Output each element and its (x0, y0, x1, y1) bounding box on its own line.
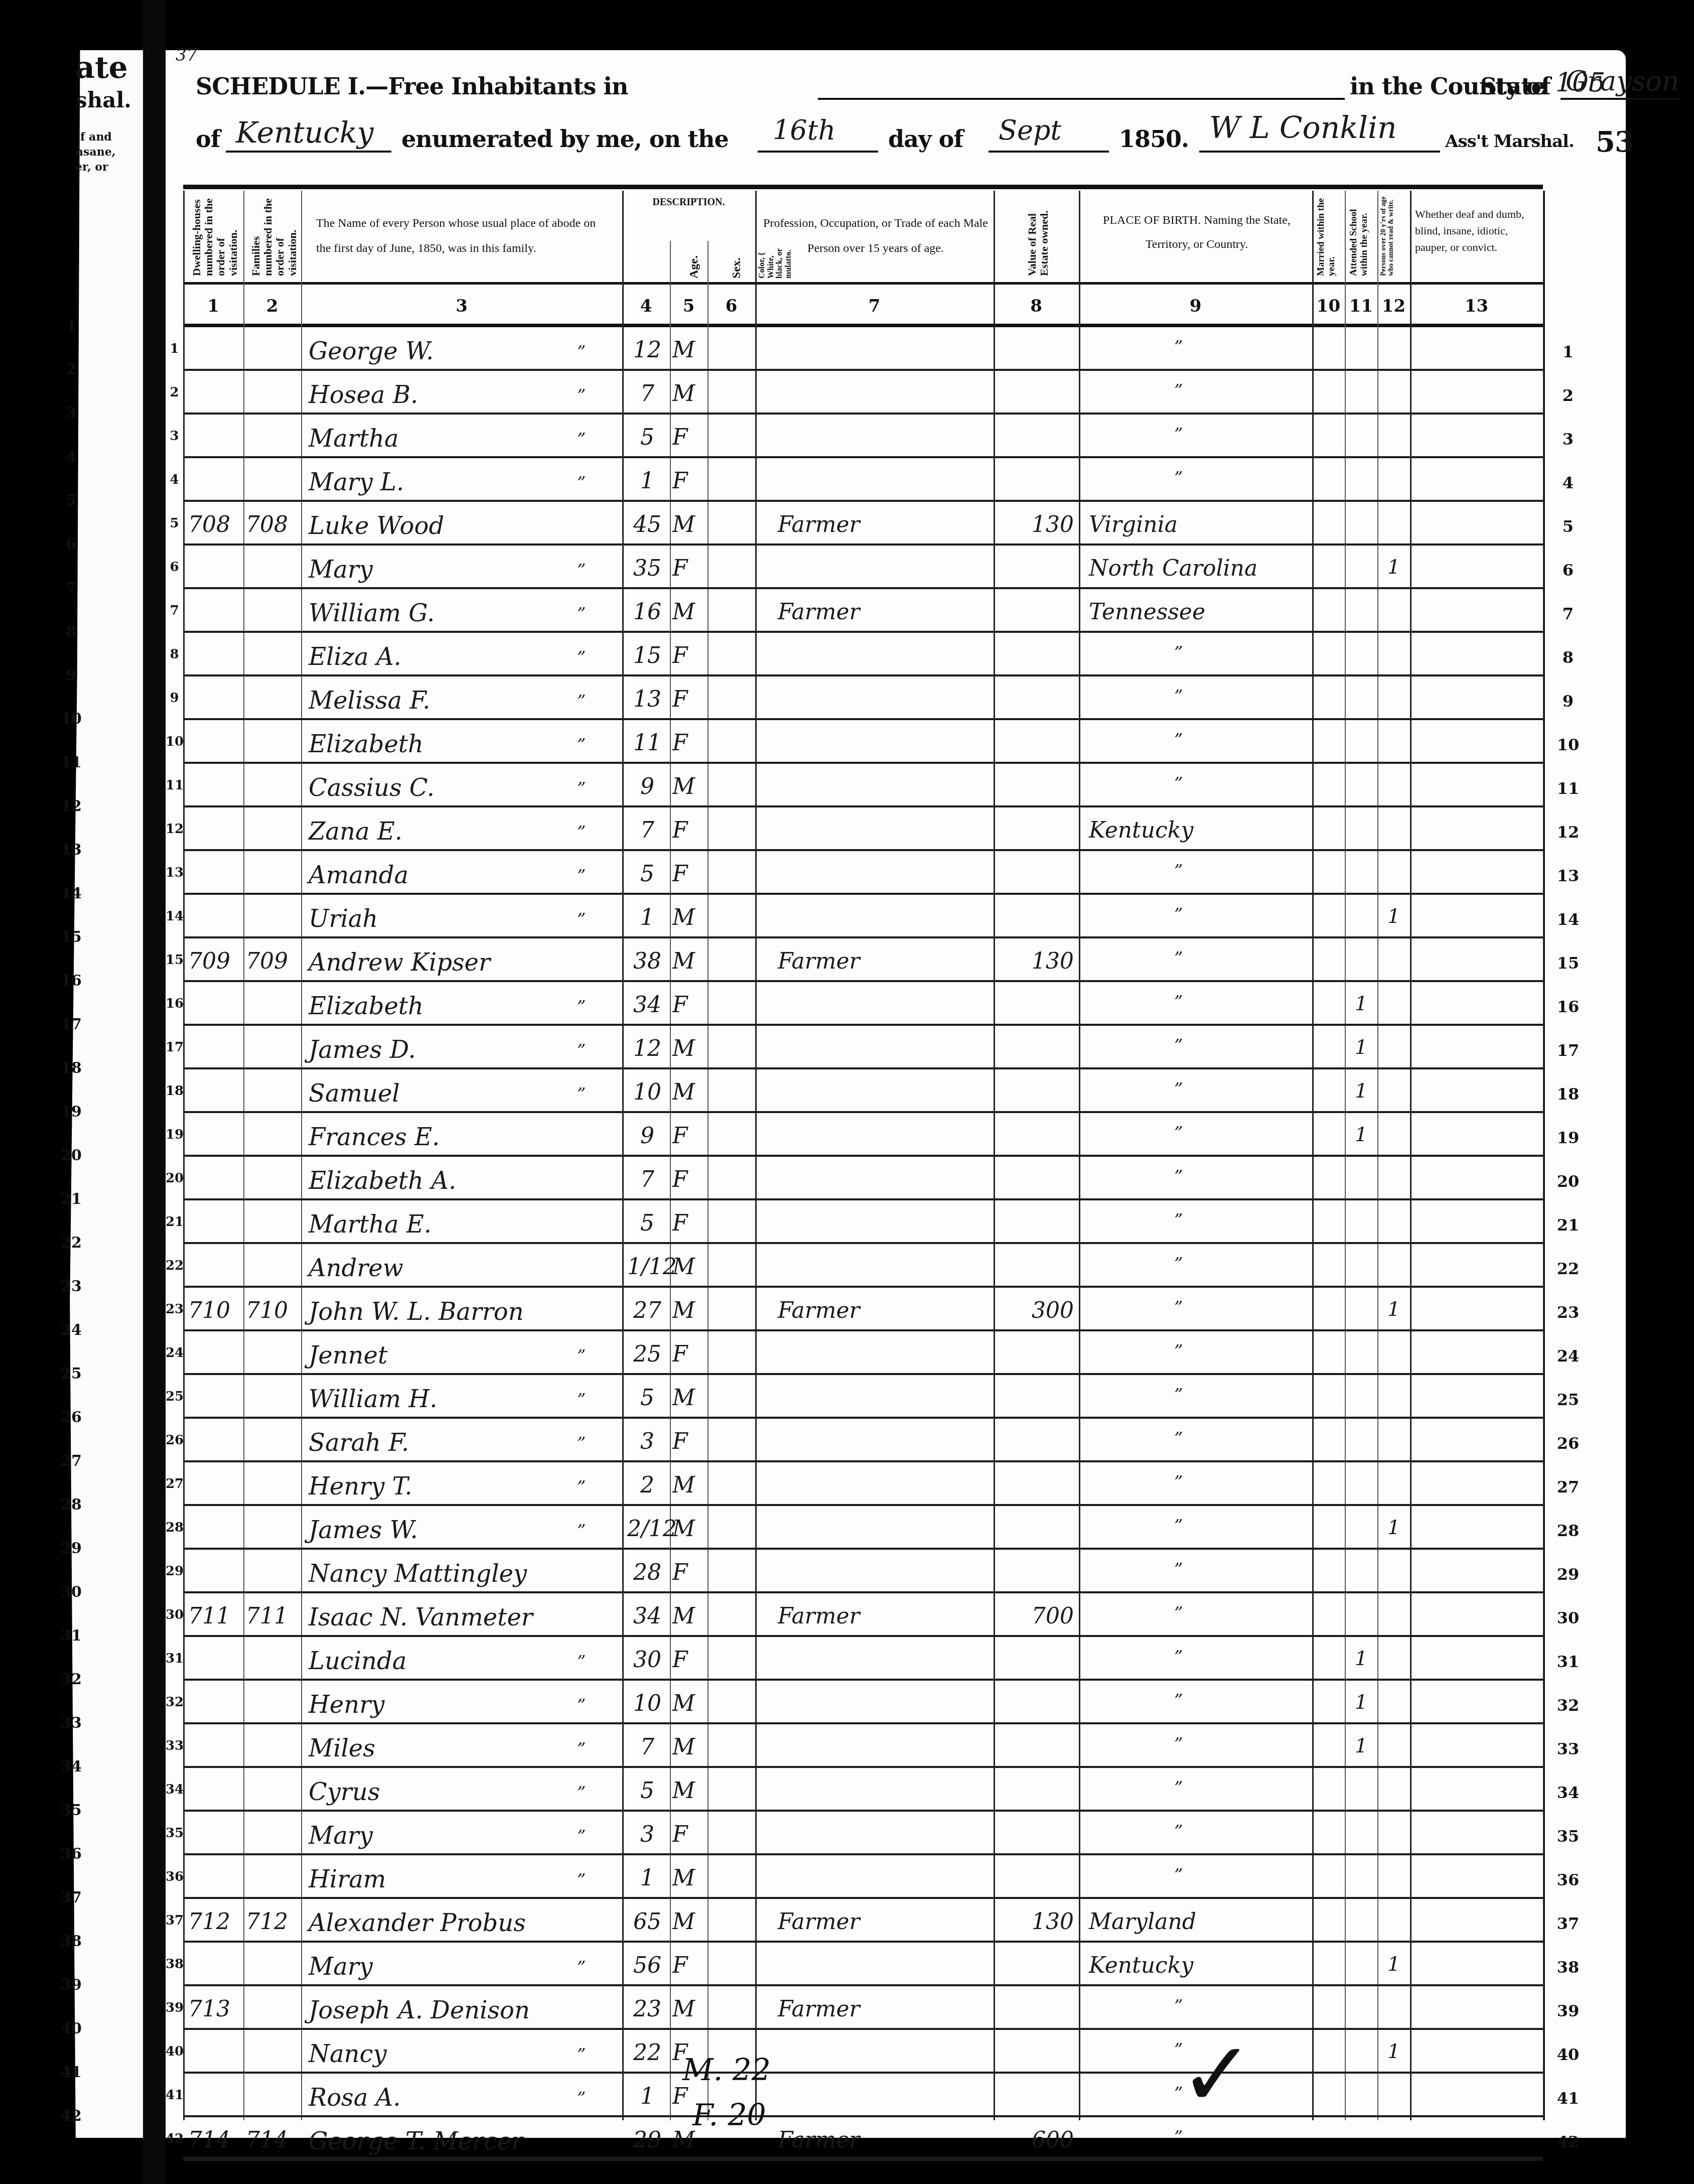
folio-mark: 37 (176, 45, 197, 65)
col-number: 7 (755, 296, 994, 316)
table-row: 13 13 Amanda ” 5 F ” 13 (166, 851, 1626, 895)
real-estate-value: 700 (1014, 1603, 1074, 1629)
surname-ditto: ” (577, 997, 586, 1017)
marshal-line (1199, 151, 1440, 153)
col-header-remarks: Whether deaf and dumb, blind, insane, id… (1415, 206, 1540, 255)
person-name: Nancy Mattingley (309, 1560, 527, 1588)
age: 22 (627, 2040, 667, 2066)
left-line-number: 30 (56, 1583, 86, 1601)
age: 1/12 (627, 1254, 667, 1280)
surname-ditto: ” (577, 1958, 586, 1978)
left-line-number: 36 (56, 1845, 86, 1863)
col-header-age: Age. (687, 248, 700, 279)
family-number: 711 (246, 1603, 288, 1629)
birthplace: ” (1174, 948, 1183, 969)
table-row: 24 24 Jennet ” 25 F ” 24 (166, 1331, 1626, 1375)
birthplace: ” (1174, 1254, 1183, 1274)
left-line-number: 33 (56, 1714, 86, 1732)
day-line (758, 151, 878, 153)
table-row: 19 19 Frances E. 9 F ” 1 19 (166, 1113, 1626, 1157)
left-line-number: 6 (56, 535, 86, 553)
surname-ditto: ” (577, 473, 586, 493)
right-line-number: 13 (1545, 866, 1591, 885)
person-name: Elizabeth (309, 730, 423, 758)
table-row: 6 6 Mary ” 35 F North Carolina 1 6 (166, 545, 1626, 589)
birthplace: ” (1174, 1603, 1183, 1623)
month-line (989, 151, 1109, 153)
table-row: 3 3 Martha ” 5 F ” 3 (166, 415, 1626, 458)
right-line-number: 38 (1545, 1958, 1591, 1977)
person-name: Frances E. (309, 1123, 440, 1151)
right-line-number: 23 (1545, 1303, 1591, 1322)
person-name: Elizabeth A. (309, 1167, 456, 1195)
inner-line-number: 34 (166, 1782, 183, 1797)
left-line-number: 9 (56, 666, 86, 684)
age: 45 (627, 512, 667, 537)
surname-ditto: ” (577, 342, 586, 362)
inner-line-number: 35 (166, 1826, 183, 1841)
col-header-sex: Sex. (730, 248, 743, 279)
page-number: 53 (1596, 125, 1634, 159)
age: 29 (627, 2127, 667, 2153)
inner-line-number: 13 (166, 865, 183, 880)
sex: M (672, 1996, 695, 2022)
birthplace: ” (1174, 1298, 1183, 1318)
stub-column-fragment: er, or (75, 161, 108, 174)
left-line-number: 37 (56, 1889, 86, 1906)
inner-line-number: 10 (166, 734, 183, 749)
birthplace: ” (1174, 425, 1183, 445)
age: 34 (627, 992, 667, 1018)
left-line-number: 27 (56, 1452, 86, 1470)
illiterate-mark: 1 (1387, 556, 1400, 579)
place-blank-line (818, 98, 1345, 100)
right-line-number: 27 (1545, 1477, 1591, 1496)
occupation: Farmer (778, 512, 860, 537)
person-name: Andrew Kipser (309, 948, 490, 977)
right-line-number: 28 (1545, 1521, 1591, 1540)
surname-ditto: ” (577, 561, 586, 581)
right-line-number: 41 (1545, 2089, 1591, 2108)
inner-line-number: 21 (166, 1214, 183, 1230)
surname-ditto: ” (577, 1041, 586, 1061)
birthplace: ” (1174, 1167, 1183, 1187)
left-line-number: 12 (56, 797, 86, 815)
sex: F (672, 861, 688, 887)
surname-ditto: ” (577, 910, 586, 930)
inner-line-number: 18 (166, 1083, 183, 1099)
sex: M (672, 1036, 695, 1061)
table-row: 27 27 Henry T. ” 2 M ” 27 (166, 1462, 1626, 1506)
person-name: Luke Wood (309, 512, 444, 540)
birthplace: ” (1174, 1865, 1183, 1885)
review-checkmark: ✓ (1179, 2022, 1255, 2127)
col-header-name: The Name of every Person whose usual pla… (316, 211, 607, 261)
table-row: 36 36 Hiram ” 1 M ” 36 (166, 1855, 1626, 1899)
day-of-label: day of (888, 125, 963, 153)
person-name: John W. L. Barron (309, 1298, 524, 1326)
real-estate-value: 130 (1014, 948, 1074, 974)
left-line-number: 11 (56, 754, 86, 771)
col-header-family: Families numbered in the order of visita… (250, 196, 298, 276)
right-line-number: 36 (1545, 1870, 1591, 1889)
marshal-signature: W L Conklin (1209, 110, 1397, 146)
right-line-number: 11 (1545, 779, 1591, 798)
inner-line-number: 42 (166, 2131, 183, 2146)
table-row: 26 26 Sarah F. ” 3 F ” 26 (166, 1419, 1626, 1462)
sex: F (672, 687, 688, 712)
right-line-number: 8 (1545, 648, 1591, 667)
col-number: 10 (1312, 296, 1345, 316)
age: 1 (627, 2084, 667, 2109)
left-line-number: 3 (56, 404, 86, 422)
left-line-number: 14 (56, 885, 86, 902)
marshal-label: Ass't Marshal. (1445, 131, 1574, 152)
right-line-number: 16 (1545, 997, 1591, 1016)
year-value: 1850. (1119, 125, 1189, 153)
right-line-number: 42 (1545, 2132, 1591, 2151)
person-name: Uriah (309, 905, 378, 933)
age: 34 (627, 1603, 667, 1629)
family-number: 708 (246, 512, 288, 537)
person-name: Cyrus (309, 1778, 380, 1806)
left-line-number: 18 (56, 1059, 86, 1077)
school-mark: 1 (1355, 1647, 1367, 1670)
person-name: Samuel (309, 1079, 400, 1108)
left-line-number: 8 (56, 623, 86, 640)
person-name: Lucinda (309, 1647, 406, 1675)
sex: M (672, 774, 695, 799)
age: 15 (627, 643, 667, 668)
inner-line-number: 37 (166, 1913, 183, 1928)
age: 3 (627, 1822, 667, 1847)
sex: M (672, 512, 695, 537)
dwelling-number: 708 (188, 512, 230, 537)
inner-line-number: 30 (166, 1607, 183, 1622)
school-mark: 1 (1355, 992, 1367, 1015)
sex: F (672, 556, 688, 581)
inner-line-number: 22 (166, 1258, 183, 1273)
family-number: 709 (246, 948, 288, 974)
age: 5 (627, 1210, 667, 1236)
age: 1 (627, 905, 667, 930)
inner-line-number: 16 (166, 996, 183, 1011)
occupation: Farmer (778, 948, 860, 974)
table-row: 25 25 William H. ” 5 M ” 25 (166, 1375, 1626, 1419)
right-line-number: 33 (1545, 1739, 1591, 1758)
census-page: 37 SCHEDULE I.—Free Inhabitants in in th… (166, 50, 1626, 2138)
left-line-number: 31 (56, 1627, 86, 1645)
age: 5 (627, 425, 667, 450)
inner-line-number: 28 (166, 1520, 183, 1535)
table-row: 34 34 Cyrus ” 5 M ” 34 (166, 1768, 1626, 1812)
day-value: 16th (773, 114, 835, 146)
birthplace: ” (1174, 774, 1183, 794)
sex: F (672, 468, 688, 494)
right-line-number: 3 (1545, 430, 1591, 449)
person-name: Isaac N. Vanmeter (309, 1603, 533, 1631)
col-header-married: Married within the year. (1316, 196, 1344, 276)
left-line-number: 34 (56, 1758, 86, 1776)
right-line-number: 6 (1545, 561, 1591, 580)
person-name: Alexander Probus (309, 1909, 526, 1937)
inner-line-number: 32 (166, 1695, 183, 1710)
col-header-illiterate: Persons over 20 y'rs of age who cannot r… (1380, 196, 1409, 276)
table-row: 14 14 Uriah ” 1 M ” 1 14 (166, 895, 1626, 938)
right-line-number: 4 (1545, 473, 1591, 492)
birthplace: ” (1174, 1385, 1183, 1405)
birthplace: ” (1174, 1996, 1183, 2016)
occupation: Farmer (778, 1298, 860, 1323)
illiterate-mark: 1 (1387, 1298, 1400, 1321)
person-name: James W. (309, 1516, 418, 1544)
person-name: Eliza A. (309, 643, 401, 671)
state-value: Kentucky (236, 115, 374, 150)
sex: M (672, 1385, 695, 1411)
sex: F (672, 1953, 688, 1978)
person-name: Miles (309, 1734, 375, 1762)
age: 38 (627, 948, 667, 974)
schedule-title: SCHEDULE I.—Free Inhabitants in (196, 73, 628, 100)
left-line-number: 39 (56, 1976, 86, 1994)
illiterate-mark: 1 (1387, 1516, 1400, 1539)
family-number: 714 (246, 2127, 288, 2153)
age: 1 (627, 468, 667, 494)
birthplace: ” (1174, 1560, 1183, 1580)
table-row: 33 33 Miles ” 7 M ” 1 33 (166, 1724, 1626, 1768)
table-row: 11 11 Cassius C. ” 9 M ” 11 (166, 764, 1626, 807)
col-header-occupation: Profession, Occupation, or Trade of each… (760, 211, 991, 261)
right-line-number: 18 (1545, 1084, 1591, 1104)
table-row: 40 40 Nancy ” 22 F ” 1 40 (166, 2030, 1626, 2074)
birthplace: ” (1174, 861, 1183, 881)
person-name: Joseph A. Denison (309, 1996, 530, 2024)
table-row: 32 32 Henry ” 10 M ” 1 32 (166, 1681, 1626, 1724)
surname-ditto: ” (577, 604, 586, 624)
table-row: 30 30 711 711 Isaac N. Vanmeter 34 M Far… (166, 1593, 1626, 1637)
table-row: 28 28 James W. ” 2/12 M ” 1 28 (166, 1506, 1626, 1550)
left-line-number: 16 (56, 972, 86, 990)
table-row: 12 12 Zana E. ” 7 F Kentucky 12 (166, 807, 1626, 851)
right-line-number: 25 (1545, 1390, 1591, 1409)
inner-line-number: 5 (166, 516, 183, 531)
table-row: 23 23 710 710 John W. L. Barron 27 M Far… (166, 1288, 1626, 1331)
school-mark: 1 (1355, 1734, 1367, 1757)
person-name: Hiram (309, 1865, 386, 1893)
age: 30 (627, 1647, 667, 1673)
surname-ditto: ” (577, 1346, 586, 1367)
right-line-number: 5 (1545, 517, 1591, 536)
person-name: Henry T. (309, 1472, 412, 1500)
age: 7 (627, 1734, 667, 1760)
sex: F (672, 1210, 688, 1236)
birthplace: ” (1174, 381, 1183, 401)
dwelling-number: 709 (188, 948, 230, 974)
dwelling-number: 711 (188, 1603, 230, 1629)
birthplace: Kentucky (1089, 817, 1193, 843)
person-name: James D. (309, 1036, 416, 1064)
surname-ditto: ” (577, 1477, 586, 1497)
table-top-rule (183, 185, 1543, 189)
inner-line-number: 12 (166, 822, 183, 837)
surname-ditto: ” (577, 779, 586, 799)
occupation: Farmer (778, 1603, 860, 1629)
col-header-school: Attended School within the year. (1349, 196, 1376, 276)
table-row: 16 16 Elizabeth ” 34 F ” 1 16 (166, 982, 1626, 1026)
table-row: 22 22 Andrew 1/12 M ” 22 (166, 1244, 1626, 1288)
age: 10 (627, 1079, 667, 1105)
real-estate-value: 300 (1014, 1298, 1074, 1323)
birthplace: ” (1174, 992, 1183, 1012)
col-number: 12 (1377, 296, 1410, 316)
birthplace: Kentucky (1089, 1953, 1193, 1978)
left-line-number: 41 (56, 2064, 86, 2081)
state-of-label: of (196, 125, 220, 153)
birthplace: ” (1174, 1778, 1183, 1798)
sex: M (672, 1079, 695, 1105)
inner-line-number: 4 (166, 472, 183, 487)
month-value: Sept (999, 114, 1061, 146)
col-number: 2 (243, 296, 301, 316)
left-line-number: 5 (56, 492, 86, 509)
person-name: Jennet (309, 1341, 387, 1370)
sex: M (672, 599, 695, 625)
real-estate-value: 130 (1014, 1909, 1074, 1935)
right-line-number: 24 (1545, 1346, 1591, 1366)
birthplace: ” (1174, 1822, 1183, 1842)
right-line-number: 2 (1545, 386, 1591, 405)
school-mark: 1 (1355, 1079, 1367, 1103)
stub-column-fragment: f and (80, 130, 112, 144)
age: 5 (627, 861, 667, 887)
female-tally: F. 20 (692, 2098, 766, 2133)
person-name: Martha E. (309, 1210, 432, 1239)
inner-line-number: 2 (166, 385, 183, 400)
school-mark: 1 (1355, 1036, 1367, 1059)
age: 1 (627, 1865, 667, 1891)
surname-ditto: ” (577, 1696, 586, 1716)
table-row: 20 20 Elizabeth A. 7 F ” 20 (166, 1157, 1626, 1200)
birthplace: ” (1174, 1341, 1183, 1361)
age: 2/12 (627, 1516, 667, 1542)
inner-line-number: 38 (166, 1957, 183, 1972)
birthplace: Maryland (1089, 1909, 1196, 1935)
sex: F (672, 425, 688, 450)
left-line-number: 40 (56, 2020, 86, 2037)
left-line-number: 32 (56, 1671, 86, 1688)
sex: F (672, 1822, 688, 1847)
occupation: Farmer (778, 1909, 860, 1935)
right-line-number: 34 (1545, 1783, 1591, 1802)
age: 16 (627, 599, 667, 625)
age: 3 (627, 1429, 667, 1454)
inner-line-number: 25 (166, 1389, 183, 1404)
age: 28 (627, 1560, 667, 1585)
person-name: Hosea B. (309, 381, 418, 409)
surname-ditto: ” (577, 430, 586, 450)
col-number: 5 (670, 296, 708, 316)
person-name: Henry (309, 1691, 384, 1719)
left-line-number: 20 (56, 1147, 86, 1164)
sex: M (672, 905, 695, 930)
right-line-number: 30 (1545, 1608, 1591, 1627)
birthplace: Virginia (1089, 512, 1178, 537)
birthplace: ” (1174, 1210, 1183, 1231)
sex: M (672, 1778, 695, 1804)
surname-ditto: ” (577, 1390, 586, 1410)
person-name: Amanda (309, 861, 408, 889)
inner-line-number: 8 (166, 647, 183, 662)
person-name: Rosa A. (309, 2084, 400, 2112)
person-name: Martha (309, 425, 399, 453)
stub-header-fragment: shal. (75, 88, 131, 112)
age: 12 (627, 337, 667, 363)
sex: F (672, 1341, 688, 1367)
school-mark: 1 (1355, 1691, 1367, 1714)
inner-line-number: 7 (166, 603, 183, 618)
age: 5 (627, 1778, 667, 1804)
inner-line-number: 41 (166, 2088, 183, 2103)
inner-line-number: 20 (166, 1171, 183, 1186)
person-name: Andrew (309, 1254, 403, 1282)
illiterate-mark: 1 (1387, 2040, 1400, 2063)
left-line-number: 24 (56, 1321, 86, 1339)
right-line-number: 26 (1545, 1434, 1591, 1453)
inner-line-number: 39 (166, 2000, 183, 2015)
surname-ditto: ” (577, 648, 586, 668)
age: 7 (627, 817, 667, 843)
age: 65 (627, 1909, 667, 1935)
age: 7 (627, 1167, 667, 1192)
right-line-number: 15 (1545, 953, 1591, 973)
sex: F (672, 643, 688, 668)
person-name: George T. Mercer (309, 2127, 523, 2155)
sex: M (672, 1691, 695, 1716)
table-row: 35 35 Mary ” 3 F ” 35 (166, 1812, 1626, 1855)
surname-ditto: ” (577, 1652, 586, 1672)
birthplace: North Carolina (1089, 556, 1257, 581)
left-line-number: 38 (56, 1933, 86, 1950)
right-line-number: 20 (1545, 1172, 1591, 1191)
description-group-label: DESCRIPTION. (622, 196, 755, 209)
age: 27 (627, 1298, 667, 1323)
table-row: 21 21 Martha E. 5 F ” 21 (166, 1200, 1626, 1244)
table-row: 41 41 Rosa A. ” 1 F ” 41 (166, 2074, 1626, 2117)
person-name: Nancy (309, 2040, 387, 2068)
table-row: 18 18 Samuel ” 10 M ” 1 18 (166, 1069, 1626, 1113)
sex: M (672, 381, 695, 406)
col-number: 4 (622, 296, 670, 316)
right-line-number: 9 (1545, 692, 1591, 711)
age: 5 (627, 1385, 667, 1411)
table-row: 1 1 George W. ” 12 M ” 1 (166, 327, 1626, 371)
age: 9 (627, 1123, 667, 1149)
numbers-bottom-rule (183, 324, 1543, 327)
age: 13 (627, 687, 667, 712)
surname-ditto: ” (577, 692, 586, 712)
sex: M (672, 1298, 695, 1323)
right-line-number: 7 (1545, 604, 1591, 623)
birthplace: ” (1174, 1079, 1183, 1100)
birthplace: ” (1174, 1036, 1183, 1056)
left-line-number: 42 (56, 2107, 86, 2125)
left-line-number: 10 (56, 710, 86, 728)
table-row: 42 42 714 714 George T. Mercer 29 M Farm… (166, 2117, 1626, 2161)
dwelling-number: 713 (188, 1996, 230, 2022)
surname-ditto: ” (577, 2089, 586, 2109)
right-line-number: 21 (1545, 1215, 1591, 1235)
illiterate-mark: 1 (1387, 905, 1400, 928)
